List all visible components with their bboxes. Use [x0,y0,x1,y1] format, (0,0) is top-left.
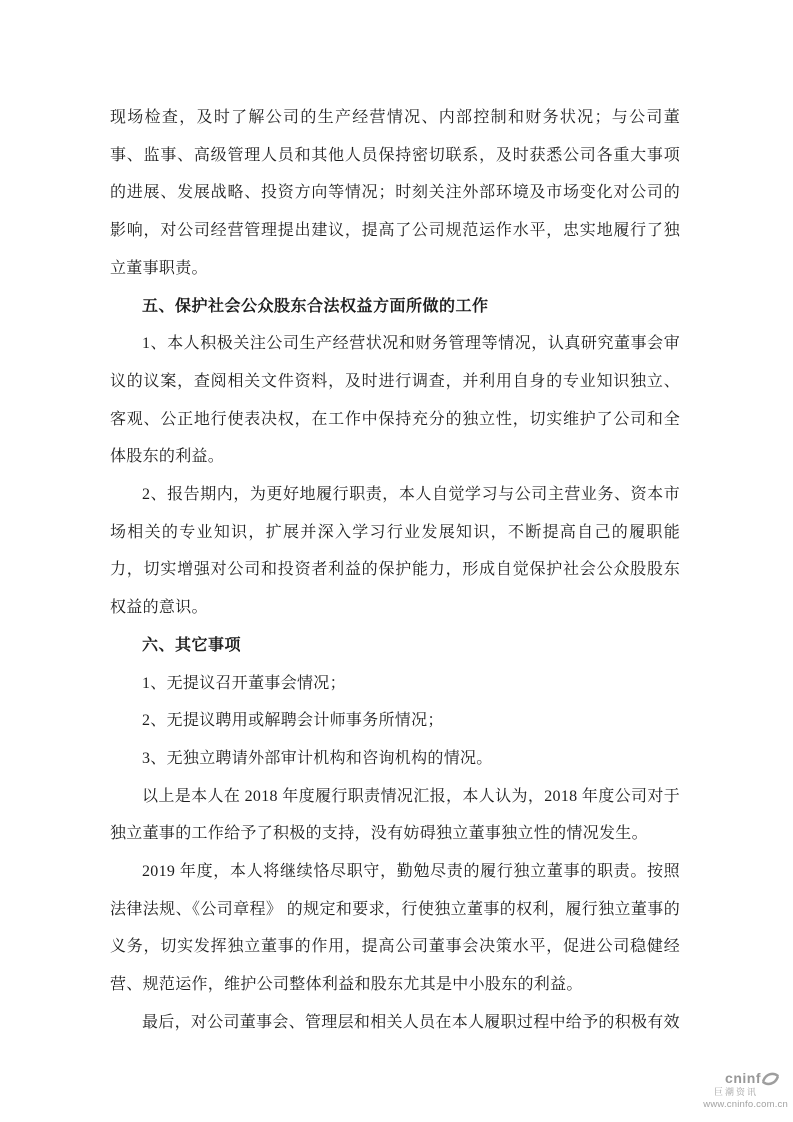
cninfo-logo: cninf 巨潮资讯 www.cninfo.com.cn [703,1071,788,1110]
document-paragraph: 最后，对公司董事会、管理层和相关人员在本人履职过程中给予的积极有效 [110,1004,680,1042]
document-paragraph: 以上是本人在 2018 年度履行职责情况汇报，本人认为，2018 年度公司对于独… [110,778,680,853]
cninfo-swirl-icon [762,1071,779,1086]
document-paragraph: 现场检查，及时了解公司的生产经营情况、内部控制和财务状况；与公司董事、监事、高级… [110,99,680,288]
section-heading: 五、保护社会公众股东合法权益方面所做的工作 [110,288,680,326]
section-heading: 六、其它事项 [110,627,680,665]
document-paragraph: 2019 年度，本人将继续恪尽职守，勤勉尽责的履行独立董事的职责。按照法律法规、… [110,853,680,1004]
cninfo-brand-chinese: 巨潮资讯 [703,1088,788,1098]
document-paragraph: 1、无提议召开董事会情况； [110,665,680,703]
document-paragraph: 1、本人积极关注公司生产经营状况和财务管理等情况，认真研究董事会审议的议案，查阅… [110,325,680,476]
document-content: 现场检查，及时了解公司的生产经营情况、内部控制和财务状况；与公司董事、监事、高级… [110,99,680,1042]
document-paragraph: 3、无独立聘请外部审计机构和咨询机构的情况。 [110,740,680,778]
cninfo-brand-text: cninf [725,1071,761,1086]
cninfo-website-url: www.cninfo.com.cn [703,1100,788,1110]
document-paragraph: 2、报告期内，为更好地履行职责，本人自觉学习与公司主营业务、资本市场相关的专业知… [110,476,680,627]
document-page: 现场检查，及时了解公司的生产经营情况、内部控制和财务状况；与公司董事、监事、高级… [0,0,793,1122]
document-paragraph: 2、无提议聘用或解聘会计师事务所情况； [110,702,680,740]
cninfo-brand-row: cninf [703,1071,788,1086]
